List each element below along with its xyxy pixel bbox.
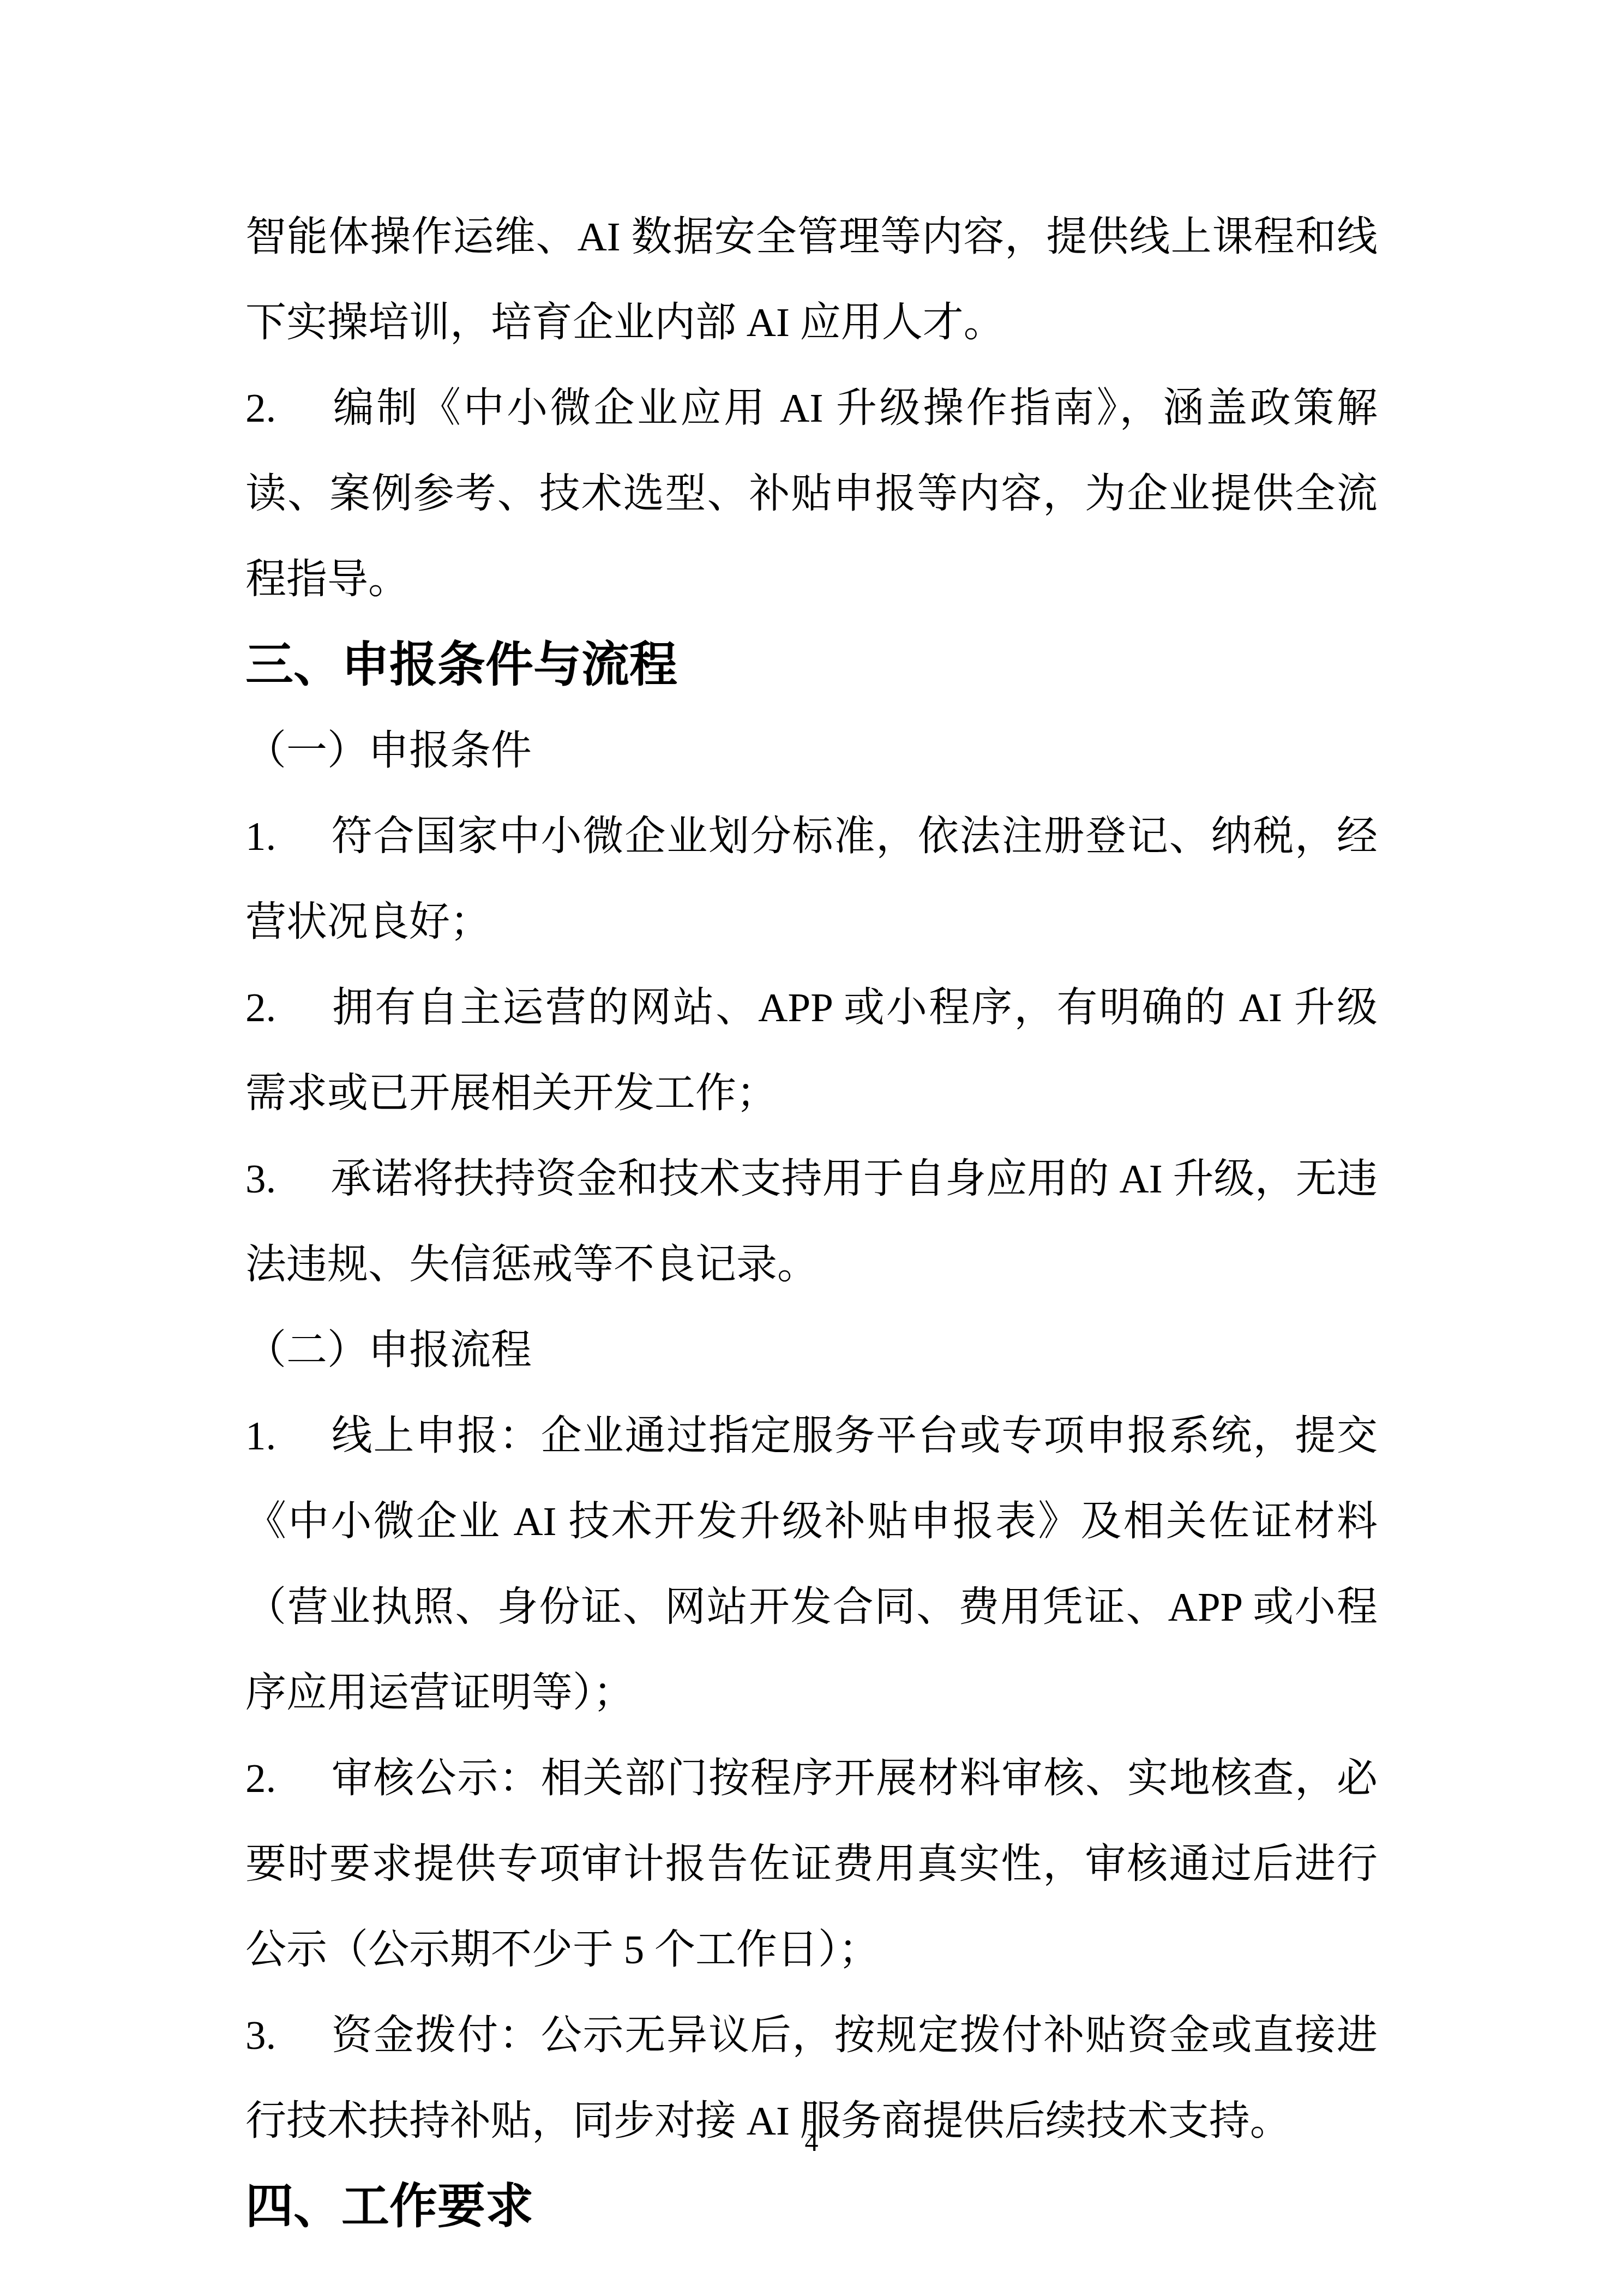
list-number: 2. — [245, 365, 330, 451]
list-number: 1. — [245, 1393, 330, 1479]
page-number: 4 — [0, 2125, 1623, 2158]
section-heading: 三、申报条件与流程 — [245, 622, 1378, 708]
list-item-text: 拥有自主运营的网站、APP 或小程序，有明确的 AI 升级需求或已开展相关开发工… — [245, 985, 1378, 1116]
list-item-text: 线上申报：企业通过指定服务平台或专项申报系统，提交《中小微企业 AI 技术开发升… — [245, 1413, 1378, 1716]
numbered-list-item: 2.拥有自主运营的网站、APP 或小程序，有明确的 AI 升级需求或已开展相关开… — [245, 965, 1378, 1136]
numbered-list-item: 1.符合国家中小微企业划分标准，依法注册登记、纳税，经营状况良好； — [245, 794, 1378, 965]
list-number: 3. — [245, 1993, 330, 2078]
list-number: 3. — [245, 1136, 330, 1222]
list-item-text: 审核公示：相关部门按程序开展材料审核、实地核查，必要时要求提供专项审计报告佐证费… — [245, 1756, 1378, 1973]
list-item-text: 编制《中小微企业应用 AI 升级操作指南》，涵盖政策解读、案例参考、技术选型、补… — [245, 386, 1378, 602]
numbered-list-item: 3.承诺将扶持资金和技术支持用于自身应用的 AI 升级，无违法违规、失信惩戒等不… — [245, 1136, 1378, 1308]
list-number: 1. — [245, 794, 330, 879]
list-item-text: 符合国家中小微企业划分标准，依法注册登记、纳税，经营状况良好； — [245, 814, 1378, 945]
body-paragraph: 智能体操作运维、AI 数据安全管理等内容，提供线上课程和线下实操培训，培育企业内… — [245, 194, 1378, 365]
section-heading: 四、工作要求 — [245, 2164, 1378, 2250]
body-paragraph: （一）申报条件 — [245, 708, 1378, 794]
numbered-list-item: 1.线上申报：企业通过指定服务平台或专项申报系统，提交《中小微企业 AI 技术开… — [245, 1393, 1378, 1736]
body-paragraph: （二）申报流程 — [245, 1308, 1378, 1393]
list-number: 2. — [245, 965, 330, 1051]
numbered-list-item: 2.审核公示：相关部门按程序开展材料审核、实地核查，必要时要求提供专项审计报告佐… — [245, 1736, 1378, 1993]
document-page: 智能体操作运维、AI 数据安全管理等内容，提供线上课程和线下实操培训，培育企业内… — [0, 0, 1623, 2296]
page-body: 智能体操作运维、AI 数据安全管理等内容，提供线上课程和线下实操培训，培育企业内… — [245, 194, 1378, 2250]
numbered-list-item: 2.编制《中小微企业应用 AI 升级操作指南》，涵盖政策解读、案例参考、技术选型… — [245, 365, 1378, 622]
list-item-text: 资金拨付：公示无异议后，按规定拨付补贴资金或直接进行技术扶持补贴，同步对接 AI… — [245, 2013, 1378, 2144]
list-number: 2. — [245, 1736, 330, 1821]
list-item-text: 承诺将扶持资金和技术支持用于自身应用的 AI 升级，无违法违规、失信惩戒等不良记… — [245, 1156, 1378, 1287]
